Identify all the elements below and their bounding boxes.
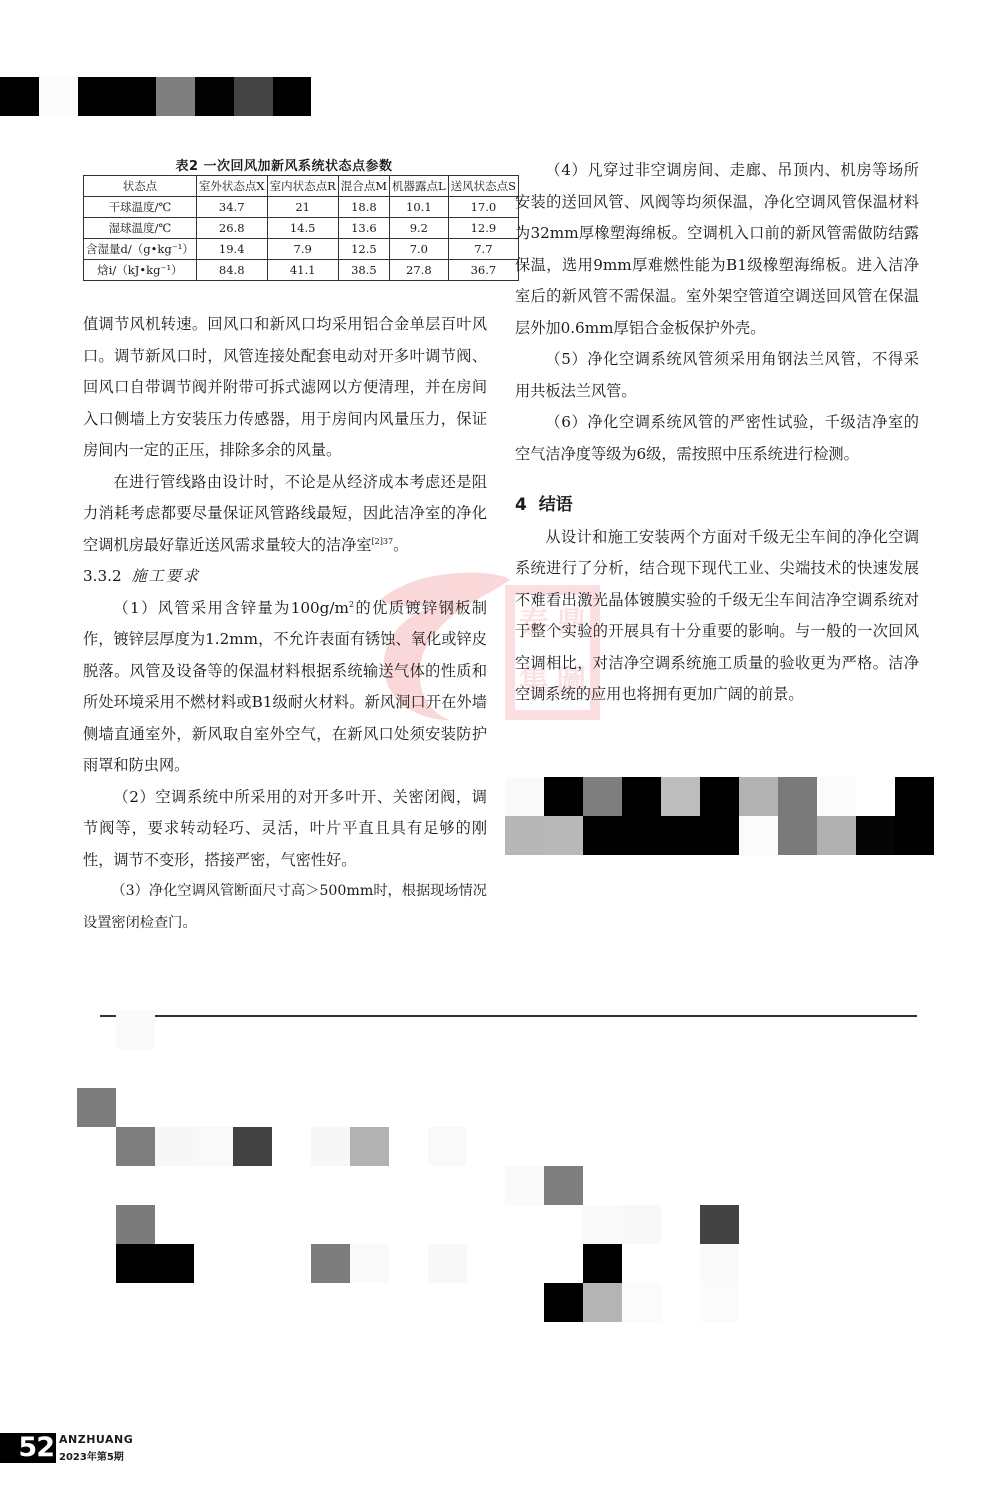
mosaic-cell: [78, 77, 156, 116]
mosaic-cell: [778, 777, 817, 816]
table-cell: 14.5: [267, 218, 338, 239]
mosaic-cell: [311, 1127, 350, 1166]
mosaic-cell: [622, 816, 661, 855]
table-cell: 26.8: [196, 218, 267, 239]
paragraph: 值调节风机转速。回风口和新风口均采用铝合金单层百叶风口。调节新风口时，风管连接处…: [83, 309, 487, 467]
mosaic-cell: [700, 1205, 739, 1244]
journal-brand: ANZHUANG: [59, 1433, 133, 1446]
table-cell: 干球温度/℃: [84, 197, 197, 218]
table-cell: 10.1: [390, 197, 449, 218]
table-header-cell: 送风状态点S: [448, 176, 518, 197]
mosaic-cell: [778, 816, 817, 855]
mosaic-cell: [583, 777, 622, 816]
mosaic-cell: [273, 77, 311, 116]
list-item: （2）空调系统中所采用的对开多叶开、关密闭阀，调节阀等，要求转动轻巧、灵活，叶片…: [83, 782, 487, 877]
table-row: 干球温度/℃ 34.7 21 18.8 10.1 17.0: [84, 197, 519, 218]
table-cell: 36.7: [448, 260, 518, 281]
list-item: （5）净化空调系统风管须采用角钢法兰风管，不得采用共板法兰风管。: [515, 344, 919, 407]
section-number: 4: [515, 495, 527, 515]
table-cell: 18.8: [338, 197, 389, 218]
mosaic-cell: [505, 777, 544, 816]
table-header-cell: 室内状态点R: [267, 176, 338, 197]
table-cell: 21: [267, 197, 338, 218]
right-column: （4）凡穿过非空调房间、走廊、吊顶内、机房等场所安装的送回风管、风阀等均须保温，…: [515, 155, 919, 711]
table-header-cell: 状态点: [84, 176, 197, 197]
mosaic-cell: [116, 1244, 155, 1283]
paragraph-end: 。: [393, 536, 408, 554]
mosaic-cell: [700, 816, 739, 855]
table-cell: 7.9: [267, 239, 338, 260]
table-cell: 19.4: [196, 239, 267, 260]
table-caption: 表2 一次回风加新风系统状态点参数: [83, 155, 485, 174]
table-cell: 84.8: [196, 260, 267, 281]
mosaic-cell: [895, 816, 934, 855]
mosaic-cell: [583, 1205, 622, 1244]
subsection-number: 3.3.2: [83, 567, 122, 585]
table-cell: 含湿量d/（g•kg⁻¹）: [84, 239, 197, 260]
mosaic-cell: [700, 1244, 739, 1283]
mosaic-cell: [583, 1283, 622, 1322]
mosaic-cell: [622, 1205, 661, 1244]
mosaic-cell: [544, 777, 583, 816]
section-title: 结语: [539, 495, 573, 515]
mosaic-cell: [739, 777, 778, 816]
mosaic-cell: [622, 777, 661, 816]
mosaic-cell: [895, 777, 934, 816]
mosaic-cell: [234, 77, 273, 116]
table-cell: 27.8: [390, 260, 449, 281]
journal-issue: 2023年第5期: [59, 1448, 124, 1463]
paragraph: 在进行管线路由设计时，不论是从经济成本考虑还是阻力消耗考虑都要尽量保证风管路线最…: [83, 467, 487, 562]
table-cell: 9.2: [390, 218, 449, 239]
paragraph: 从设计和施工安装两个方面对千级无尘车间的净化空调系统进行了分析，结合现下现代工业…: [515, 522, 919, 711]
page-number: 52: [0, 1433, 56, 1463]
mosaic-cell: [583, 816, 622, 855]
subsection-heading: 3.3.2 施工要求: [83, 561, 487, 593]
mosaic-cell: [544, 1283, 583, 1322]
table-cell: 12.9: [448, 218, 518, 239]
table-cell: 34.7: [196, 197, 267, 218]
mosaic-cell: [116, 1127, 155, 1166]
mosaic-cell: [661, 777, 700, 816]
mosaic-cell: [116, 1010, 155, 1049]
left-column: 值调节风机转速。回风口和新风口均采用铝合金单层百叶风口。调节新风口时，风管连接处…: [83, 309, 487, 939]
mosaic-cell: [39, 77, 78, 116]
horizontal-divider: [100, 1015, 917, 1017]
citation-ref: [2]37: [372, 536, 394, 545]
mosaic-cell: [428, 1127, 467, 1166]
mosaic-cell: [116, 1205, 155, 1244]
table-cell: 7.0: [390, 239, 449, 260]
mosaic-cell: [817, 816, 856, 855]
mosaic-cell: [856, 777, 895, 816]
table-cell: 13.6: [338, 218, 389, 239]
mosaic-cell: [739, 816, 778, 855]
mosaic-cell: [505, 1166, 544, 1205]
table-cell: 湿球温度/℃: [84, 218, 197, 239]
mosaic-cell: [311, 1244, 350, 1283]
table-header-cell: 混合点M: [338, 176, 389, 197]
table-header-row: 状态点 室外状态点X 室内状态点R 混合点M 机器露点L 送风状态点S: [84, 176, 519, 197]
table-cell: 12.5: [338, 239, 389, 260]
mosaic-cell: [544, 1166, 583, 1205]
mosaic-cell: [428, 1244, 467, 1283]
mosaic-cell: [544, 816, 583, 855]
table-cell: 38.5: [338, 260, 389, 281]
mosaic-cell: [350, 1127, 389, 1166]
list-item: （1）风管采用含锌量为100g/m2的优质镀锌钢板制作，镀锌层厚度为1.2mm，…: [83, 593, 487, 782]
table-cell: 7.7: [448, 239, 518, 260]
mosaic-cell: [155, 1127, 194, 1166]
table-row: 含湿量d/（g•kg⁻¹） 19.4 7.9 12.5 7.0 7.7: [84, 239, 519, 260]
section-heading: 4 结语: [515, 490, 919, 522]
table-header-cell: 室外状态点X: [196, 176, 267, 197]
mosaic-cell: [77, 1088, 116, 1127]
mosaic-cell: [700, 1283, 739, 1322]
mosaic-cell: [194, 1127, 233, 1166]
paragraph-text: 在进行管线路由设计时，不论是从经济成本考虑还是阻力消耗考虑都要尽量保证风管路线最…: [83, 473, 487, 554]
mosaic-cell: [583, 1244, 622, 1283]
mosaic-cell: [856, 816, 895, 855]
mosaic-cell: [195, 77, 234, 116]
subsection-title: 施工要求: [131, 567, 200, 585]
mosaic-cell: [622, 1283, 661, 1322]
mosaic-cell: [700, 777, 739, 816]
mosaic-cell: [0, 77, 39, 116]
table-cell: 41.1: [267, 260, 338, 281]
table-cell: 焓i/（kJ•kg⁻¹）: [84, 260, 197, 281]
mosaic-cell: [233, 1127, 272, 1166]
mosaic-cell: [156, 77, 195, 116]
list-item: （6）净化空调系统风管的严密性试验，千级洁净室的空气洁净度等级为6级，需按照中压…: [515, 407, 919, 470]
list-item: （3）净化空调风管断面尺寸高＞500mm时，根据现场情况设置密闭检查门。: [83, 876, 487, 939]
list-item-text: （1）风管采用含锌量为100g/m: [113, 599, 349, 617]
mosaic-cell: [661, 816, 700, 855]
table-header-cell: 机器露点L: [390, 176, 449, 197]
mosaic-cell: [817, 777, 856, 816]
mosaic-cell: [350, 1244, 389, 1283]
list-item-text: 的优质镀锌钢板制作，镀锌层厚度为1.2mm，不允许表面有锈蚀、氧化或锌皮脱落。风…: [83, 599, 487, 775]
mosaic-cell: [505, 816, 544, 855]
state-point-parameters-table: 状态点 室外状态点X 室内状态点R 混合点M 机器露点L 送风状态点S 干球温度…: [83, 175, 519, 281]
mosaic-cell: [155, 1244, 194, 1283]
table-cell: 17.0: [448, 197, 518, 218]
list-item: （4）凡穿过非空调房间、走廊、吊顶内、机房等场所安装的送回风管、风阀等均须保温，…: [515, 155, 919, 344]
table-row: 焓i/（kJ•kg⁻¹） 84.8 41.1 38.5 27.8 36.7: [84, 260, 519, 281]
table-row: 湿球温度/℃ 26.8 14.5 13.6 9.2 12.9: [84, 218, 519, 239]
